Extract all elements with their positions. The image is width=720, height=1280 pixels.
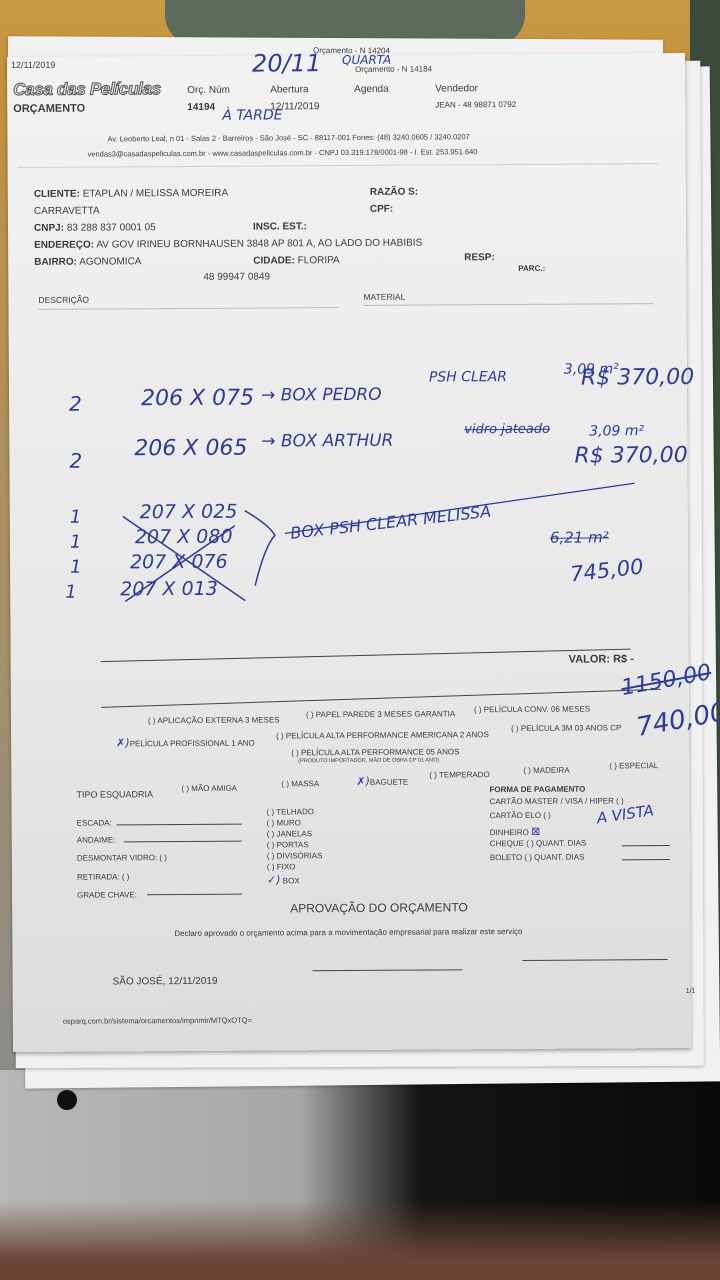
option-massa[interactable]: ( ) MASSA: [281, 779, 319, 788]
cpf-label: CPF:: [370, 204, 393, 215]
opening-label: Abertura: [270, 84, 308, 95]
divider: [39, 307, 339, 310]
option-divisorias[interactable]: ( ) DIVISÓRIAS: [267, 851, 323, 860]
payment-boleto[interactable]: BOLETO ( ) QUANT. DIAS: [490, 853, 585, 863]
bairro-field: BAIRRO: AGONOMICA: [34, 256, 141, 268]
option-mao-amiga[interactable]: ( ) MÃO AMIGA: [181, 784, 237, 793]
handwritten-period: À TARDE: [222, 107, 282, 123]
item-qty: 1: [70, 532, 82, 553]
andaime-label: ANDAIME:: [77, 835, 116, 844]
handwritten-date: 20/11: [252, 49, 321, 77]
seller-label: Vendedor: [435, 83, 478, 94]
option-aplicacao-externa[interactable]: ( ) APLICAÇÃO EXTERNA 3 MESES: [148, 715, 280, 725]
num-value: 14194: [187, 102, 215, 113]
payment-title: FORMA DE PAGAMENTO: [489, 785, 585, 795]
valor-label: VALOR: R$ -: [569, 653, 634, 665]
item-qty: 1: [70, 507, 82, 528]
retirada-field[interactable]: RETIRADA: ( ): [77, 872, 130, 881]
doc-type: ORÇAMENTO: [13, 103, 85, 115]
option-pelicula-3m[interactable]: ( ) PELÍCULA 3M 03 ANOS CP: [511, 723, 621, 733]
resp-label: RESP:: [464, 252, 495, 263]
item-desc: → BOX PEDRO: [261, 385, 382, 406]
andaime-line[interactable]: [124, 841, 242, 843]
company-logo: Casa das Películas: [13, 79, 161, 100]
option-temperado[interactable]: ( ) TEMPERADO: [429, 770, 489, 779]
divider: [363, 303, 653, 306]
item-note: PSH CLEAR: [429, 369, 507, 385]
option-baguete[interactable]: ✗)BAGUETE: [356, 775, 408, 788]
descricao-label: DESCRIÇÃO: [38, 295, 89, 305]
option-pelicula-conv[interactable]: ( ) PELÍCULA CONV. 06 MESES: [474, 705, 590, 715]
option-portas[interactable]: ( ) PORTAS: [267, 840, 309, 849]
item-qty: 1: [70, 557, 82, 578]
item-price: 745,00: [569, 554, 645, 586]
page-number: 1/1: [686, 988, 696, 995]
item-dims: 206 X 075: [141, 386, 254, 412]
cheque-days-line[interactable]: [622, 845, 670, 846]
print-date: 12/11/2019: [11, 60, 55, 70]
item-qty: 1: [65, 582, 77, 603]
client-name-cont: CARRAVETTA: [34, 206, 100, 217]
grade-chave-label: GRADE CHAVE:: [77, 890, 137, 899]
option-pelicula-alta-americana[interactable]: ( ) PELÍCULA ALTA PERFORMANCE AMERICANA …: [276, 730, 489, 740]
payment-dinheiro[interactable]: DINHEIRO ⊠: [490, 825, 541, 838]
approval-text: Declaro aprovado o orçamento acima para …: [174, 927, 522, 938]
background-hand: [0, 1200, 720, 1280]
client-phone: 48 99947 0849: [203, 271, 270, 282]
payment-cheque[interactable]: CHEQUE ( ) QUANT. DIAS: [490, 839, 587, 849]
place-date: SÃO JOSÉ, 12/11/2019: [113, 976, 218, 988]
check-mark-icon: ✗): [356, 775, 370, 788]
grade-chave-line[interactable]: [147, 894, 242, 896]
esquadria-label: TIPO ESQUADRIA: [76, 789, 153, 799]
divider: [101, 649, 631, 662]
item-qty: 2: [69, 449, 82, 473]
check-mark-icon: ✓): [267, 873, 281, 886]
option-especial[interactable]: ( ) ESPECIAL: [609, 761, 658, 770]
num-label: Orç. Núm: [187, 85, 230, 96]
material-label: MATERIAL: [363, 292, 405, 302]
item-note-struck: vidro jateado: [464, 422, 550, 438]
option-pelicula-alta-05[interactable]: ( ) PELÍCULA ALTA PERFORMANCE 05 ANOS: [291, 747, 459, 757]
cidade-field: CIDADE: FLORIPA: [253, 255, 340, 267]
option-janelas[interactable]: ( ) JANELAS: [267, 829, 312, 838]
item-area-struck: 6,21 m²: [550, 528, 609, 546]
address-field: ENDEREÇO: AV GOV IRINEU BORNHAUSEN 3848 …: [34, 238, 422, 251]
item-desc-struck: BOX PSH CLEAR MELISSA: [289, 502, 492, 543]
option-pelicula-profissional[interactable]: ✗)PELÍCULA PROFISSIONAL 1 ANO: [116, 736, 255, 750]
escada-label: ESCADA:: [77, 818, 112, 827]
company-address: Av. Leoberto Leal, n 01 - Salas 2 - Barr…: [107, 132, 469, 143]
boleto-days-line[interactable]: [622, 859, 670, 860]
stamp-number: Orçamento - N 14184: [355, 64, 432, 73]
approval-title: APROVAÇÃO DO ORÇAMENTO: [290, 900, 468, 915]
item-area: 3,09 m²: [589, 423, 644, 439]
check-mark-icon: ✗): [116, 736, 130, 749]
print-url: osparq.com.br/sistema/orcamentos/imprimi…: [63, 1016, 252, 1026]
parc-label: PARC.:: [518, 264, 545, 273]
item-price: R$ 370,00: [574, 443, 687, 469]
client-field: CLIENTE: ETAPLAN / MELISSA MOREIRA: [34, 188, 228, 200]
cross-out-mark: [115, 505, 286, 606]
option-muro[interactable]: ( ) MURO: [267, 818, 301, 827]
payment-elo[interactable]: CARTÃO ELO ( ): [490, 811, 551, 820]
company-contact: vendas3@casadaspeliculas.com.br - www.ca…: [88, 147, 478, 158]
option-madeira[interactable]: ( ) MADEIRA: [523, 766, 569, 775]
option-fixo[interactable]: ( ) FIXO: [267, 862, 296, 871]
escada-line[interactable]: [117, 824, 242, 826]
item-desc: → BOX ARTHUR: [261, 431, 393, 452]
desmontar-field[interactable]: DESMONTAR VIDRO: ( ): [77, 853, 167, 863]
item-qty: 2: [69, 392, 82, 416]
signature-line-company[interactable]: [522, 959, 667, 961]
signature-line-client[interactable]: [313, 969, 463, 971]
option-papel-parede[interactable]: ( ) PAPEL PAREDE 3 MESES GARANTIA: [306, 709, 455, 719]
option-box[interactable]: ✓) BOX: [267, 873, 300, 886]
payment-master[interactable]: CARTÃO MASTER / VISA / HIPER ( ): [489, 796, 623, 806]
razao-label: RAZÃO S:: [370, 187, 418, 198]
shirt-button: [57, 1090, 77, 1110]
item-price: R$ 370,00: [581, 365, 694, 391]
check-mark-icon: ⊠: [531, 825, 540, 838]
insc-label: INSC. EST.:: [253, 221, 307, 232]
seller-value: JEAN - 48 98871 0792: [435, 100, 516, 109]
divider: [18, 163, 658, 168]
option-note: (PRODUTO IMPORTADOR, MÃO DE OBRA CP 01 A…: [298, 757, 439, 764]
agenda-label: Agenda: [354, 84, 389, 95]
option-telhado[interactable]: ( ) TELHADO: [267, 807, 314, 816]
cnpj-field: CNPJ: 83 288 837 0001 05: [34, 222, 156, 234]
item-dims: 206 X 065: [134, 436, 247, 462]
quote-document: 12/11/2019 20/11 QUARTA Orçamento - N 14…: [7, 53, 691, 1052]
